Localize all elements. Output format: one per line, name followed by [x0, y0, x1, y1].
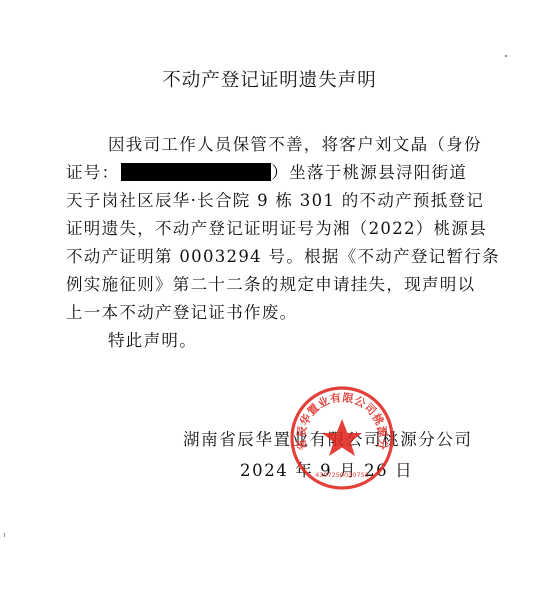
body-line-5: 不动产证明第 0003294 号。根据《不动产登记暂行条: [66, 243, 500, 267]
svg-text:4307250030752: 4307250030752: [315, 471, 369, 479]
body-line-2: 证号：）坐落于桃源县浔阳街道: [66, 159, 467, 183]
body-line-6: 例实施征则》第二十二条的规定申请挂失，现声明以: [66, 271, 475, 295]
scan-speck: [505, 55, 507, 57]
id-label: 证号：: [66, 163, 119, 182]
body-line-3: 天子岗社区辰华·长合院 9 栋 301 的不动产预抵登记: [66, 187, 484, 211]
redaction-bar: [121, 163, 271, 181]
scan-speck: [4, 533, 5, 537]
body-line-4: 证明遗失，不动产登记证明证号为湘（2022）桃源县: [66, 215, 487, 239]
body-line-7: 上一本不动产登记证书作废。: [66, 299, 297, 323]
address-start: ）坐落于桃源县浔阳街道: [271, 163, 467, 182]
body-line-1: 因我司工作人员保管不善，将客户刘文晶（身份: [108, 131, 482, 155]
document-title: 不动产登记证明遗失声明: [0, 66, 539, 92]
closing-statement: 特此声明。: [108, 327, 197, 351]
company-seal-icon: 湖南省辰华置业有限公司桃源分公司 4307250030752: [289, 385, 395, 491]
